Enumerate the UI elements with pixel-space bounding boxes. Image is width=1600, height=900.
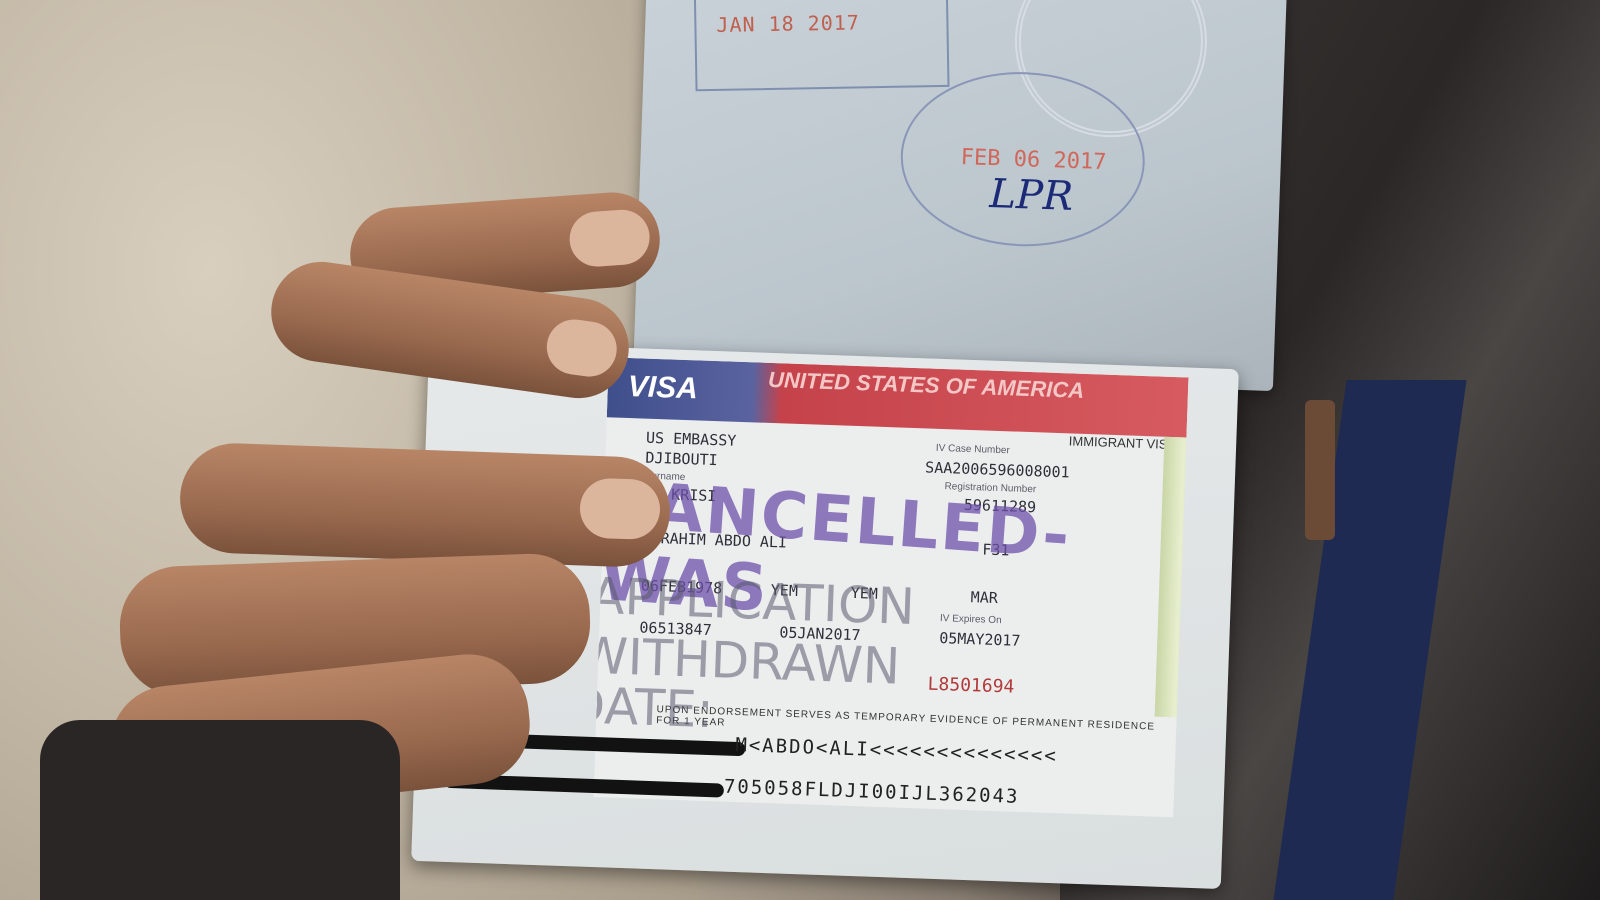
photo-scene: JAN 18 2017 FEB 06 2017 LPR VISA UNITED … (0, 0, 1600, 900)
visa-country: UNITED STATES OF AMERICA (768, 369, 1085, 402)
visa-annotation: UPON ENDORSEMENT SERVES AS TEMPORARY EVI… (656, 704, 1176, 744)
jacket-sleeve (40, 720, 400, 900)
exit-stamp: JAN 18 2017 (694, 0, 950, 91)
visa-header: VISA UNITED STATES OF AMERICA (607, 357, 1189, 437)
iv-case-label: IV Case Number (936, 443, 1010, 457)
hologram-foil (1155, 437, 1189, 718)
thumb (178, 441, 672, 568)
control-number: L8501694 (927, 674, 1014, 698)
entry-stamp-date: FEB 06 2017 (960, 145, 1106, 175)
iv-case-number: SAA2006596008001 (925, 458, 1070, 481)
passport-upper-page: JAN 18 2017 FEB 06 2017 LPR (633, 0, 1287, 391)
visa-type: IMMIGRANT VISA (1069, 433, 1177, 452)
exit-stamp-date: JAN 18 2017 (716, 10, 860, 36)
handwritten-lpr: LPR (989, 171, 1074, 220)
jacket-zipper (1305, 400, 1335, 540)
